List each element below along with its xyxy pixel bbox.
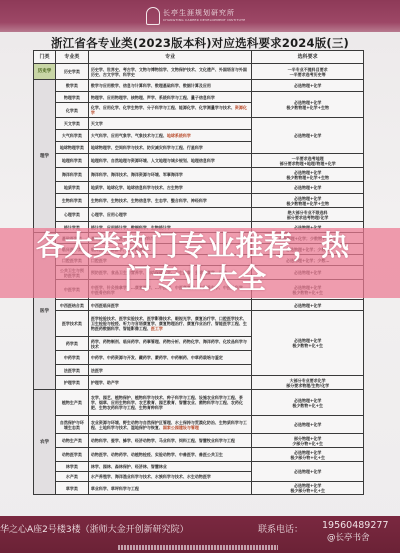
- institute-logo: 长亭生涯规划研究所 CHANGTING CAREER DEVELOPMENT I…: [146, 7, 245, 25]
- requirement-cell: 必选物理+化学 极少部分物+化+生: [252, 482, 364, 495]
- category-cell: 理学: [34, 80, 56, 233]
- header-category: 门类: [34, 51, 56, 64]
- top-banner: 长亭生涯规划研究所 CHANGTING CAREER DEVELOPMENT I…: [0, 0, 400, 32]
- category-cell: 农学: [34, 390, 56, 495]
- majors-cell: 护理学、助产学: [88, 376, 251, 390]
- highlighted-major: 医工学: [151, 326, 163, 331]
- majors-cell: 动物医学、动物药学、动植物检疫、实验动物学、中兽医学、兽医公共卫生: [88, 448, 251, 462]
- requirement-cell: 必选物理+化学: [252, 300, 364, 311]
- header-major: 专业: [88, 51, 251, 64]
- majors-cell: 天文学: [88, 118, 251, 130]
- majors-cell: 水产养殖学、海洋渔业科学与技术、水族科学与技术、水生动物医学: [88, 472, 251, 482]
- majors-cell: 林学、园林、森林保护、经济林、智慧林业: [88, 462, 251, 472]
- requirement-cell: 必选物理+化学: [252, 416, 364, 434]
- headline-line-1: 各大类热门专业推荐，热: [36, 229, 350, 262]
- headline-line-2: 门专业大全: [36, 262, 386, 295]
- class-cell: 医学技术类: [55, 311, 88, 337]
- majors-cell: 物理学、应用物理学、核物理、声学、系统科学与工程、量子信息科学: [88, 92, 251, 103]
- requirement-cell: 必选物理+化学: [252, 118, 364, 154]
- majors-cell: 草业科学、草坪科学与工程: [88, 482, 251, 495]
- requirement-cell: 必选物理+化学: [252, 462, 364, 482]
- article-headline: 各大类热门专业推荐，热 门专业大全: [36, 229, 386, 295]
- table-row: 心理学类 心理学、应用心理学 绝大部分专业不限选科 部分要求选考物理/化学: [34, 208, 364, 222]
- footer-phone: 19560489277: [322, 520, 389, 531]
- logo-name-cn: 长亭生涯规划研究所: [163, 10, 245, 17]
- footer-phone-label: 联系电话：: [258, 522, 303, 535]
- table-row: 草学类 草业科学、草坪科学与工程 必选物理+化学 极少部分物+化+生: [34, 482, 364, 495]
- class-cell: 地理科学类: [55, 154, 88, 168]
- header-requirement: 选科要求: [252, 51, 364, 64]
- majors-cell: 心理学、应用心理学: [88, 208, 251, 222]
- table-row: 生物科学类 生物科学、生物技术、生物信息学、生态学、整合科学、神经科学 必选物理…: [34, 194, 364, 208]
- logo-name-en: CHANGTING CAREER DEVELOPMENT INSTITUTE: [163, 19, 245, 22]
- table-row: 自然保护与环境生态类 农业资源与环境、野生动物与自然保护区管理、水土保持与荒漠化…: [34, 416, 364, 434]
- table-row: 天文学类 天文学 必选物理+化学: [34, 118, 364, 130]
- requirement-cell: 一半专业不提科目要求 一半要求选考历史等: [252, 64, 364, 80]
- table-row: 医学技术类 医学检验技术、医学实验技术、医学影像技术、眼视光学、康复治疗学、口腔…: [34, 311, 364, 337]
- requirement-cell: 必选物理+化学 极少数物理+化学+生物: [252, 194, 364, 208]
- class-cell: 水产类: [55, 472, 88, 482]
- highlighted-major: 资源化学: [91, 105, 247, 115]
- majors-cell: 农业资源与环境、野生动物与自然保护区管理、水土保持与荒漠化防治、生物质科学与工程…: [88, 416, 251, 434]
- majors-cell: 法医学: [88, 365, 251, 376]
- table-row: 护理学类 护理学、助产学 大部分专业要求化学 部分要求物理/生物/化学: [34, 376, 364, 390]
- table-row: 地质学类 地质学、地球化学、地球信息科学与技术、古生物学 必选物理+化学: [34, 182, 364, 194]
- highlighted-major: 地球系统科学: [167, 133, 191, 138]
- class-cell: 林学类: [55, 462, 88, 472]
- requirement-cell: 必选物理+化学 极少数物理+化学+生物: [252, 92, 364, 118]
- requirement-cell: 必选物理+化学 极少数物+化+生: [252, 390, 364, 416]
- requirement-cell: 绝大部分专业不限选科 部分要求选考物理/化学: [252, 208, 364, 222]
- majors-cell: 医学检验技术、医学实验技术、医学影像技术、眼视光学、康复治疗学、口腔医学技术、卫…: [88, 311, 251, 337]
- requirement-cell: 必选物理+化学 极少数物+化+生: [252, 311, 364, 376]
- class-cell: 数学类: [55, 80, 88, 92]
- majors-cell: 生物科学、生物技术、生物信息学、生态学、整合科学、神经科学: [88, 194, 251, 208]
- table-row: 林学类 林学、园林、森林保护、经济林、智慧林业 必选物理+化学: [34, 462, 364, 472]
- requirement-cell: 一半要求选考地理 部分要求物理+地理/物理+化学: [252, 154, 364, 168]
- class-cell: 物理学类: [55, 92, 88, 103]
- majors-cell: 药学、药物制剂、临床药学、药事管理、药物分析、药物化学、海洋药学、化妆品科学与技…: [88, 337, 251, 351]
- requirement-cell: 必选物理+化学: [252, 182, 364, 194]
- class-cell: 大气科学类: [55, 130, 88, 142]
- table-row: 地理科学类 地理科学、自然地理与资源环境、人文地理与城乡规划、地理信息科学 一半…: [34, 154, 364, 168]
- requirement-cell: 必选物理+化学 极少部分物+化+生: [252, 448, 364, 462]
- requirement-cell: 必选物理+化学 极少数物理+化学+生物: [252, 168, 364, 182]
- table-row: 海洋科学类 海洋科学、海洋技术、海洋资源与环境、军事海洋学 必选物理+化学 极少…: [34, 168, 364, 182]
- class-cell: 法医学类: [55, 365, 88, 376]
- majors-cell: 海洋科学、海洋技术、海洋资源与环境、军事海洋学: [88, 168, 251, 182]
- table-row: 农学 植物生产类 农学、园艺、植物保护、植物科学与技术、种子科学与工程、设施农业…: [34, 390, 364, 416]
- class-cell: 化学类: [55, 103, 88, 118]
- table-row: 中西医结合类 中西医临床医学 必选物理+化学: [34, 300, 364, 311]
- majors-cell: 农学、园艺、植物保护、植物科学与技术、种子科学与工程、设施农业科学与工程、茶学、…: [88, 390, 251, 416]
- pavilion-logo-icon: [146, 7, 160, 25]
- class-cell: 心理学类: [55, 208, 88, 222]
- class-cell: 自然保护与环境生态类: [55, 416, 88, 434]
- class-cell: 药学类: [55, 337, 88, 351]
- class-cell: 动物医学类: [55, 448, 88, 462]
- majors-cell: 历史学、世界史、考古学、文物与博物馆学、文物保护技术、文化遗产、外国语言与外国历…: [88, 64, 251, 80]
- class-cell: 海洋科学类: [55, 168, 88, 182]
- decorative-strip: [118, 545, 278, 550]
- class-cell: 中药学类: [55, 351, 88, 365]
- class-cell: 动物生产类: [55, 434, 88, 448]
- highlighted-major: 国家公园建设与管理: [163, 425, 199, 430]
- class-cell: 天文学类: [55, 118, 88, 130]
- requirement-cell: 部分物理+化学 少部分物+化+生: [252, 434, 364, 448]
- table-row: 物理学类 物理学、应用物理学、核物理、声学、系统科学与工程、量子信息科学 必选物…: [34, 92, 364, 103]
- requirement-cell: 大部分专业要求化学 部分要求物理/生物/化学: [252, 376, 364, 390]
- majors-cell: 动物科学、蚕学、蜂学、经济动物学、马业科学、饲料工程、智慧牧业科学与工程: [88, 434, 251, 448]
- table-header-row: 门类 专业类 专业 选科要求: [34, 51, 364, 64]
- class-cell: 草学类: [55, 482, 88, 495]
- majors-cell: 地理科学、自然地理与资源环境、人文地理与城乡规划、地理信息科学: [88, 154, 251, 168]
- class-cell: 植物生产类: [55, 390, 88, 416]
- table-row: 动物生产类 动物科学、蚕学、蜂学、经济动物学、马业科学、饲料工程、智慧牧业科学与…: [34, 434, 364, 448]
- majors-cell: 化学、应用化学、化学生物学、分子科学与工程、能源化学、化学测量学与技术、资源化学: [88, 103, 251, 118]
- majors-cell: 地质学、地球化学、地球信息科学与技术、古生物学: [88, 182, 251, 194]
- header-class: 专业类: [55, 51, 88, 64]
- table-row: 历史学 历史学类 历史学、世界史、考古学、文物与博物馆学、文物保护技术、文化遗产…: [34, 64, 364, 80]
- table-row: 动物医学类 动物医学、动物药学、动植物检疫、实验动物学、中兽医学、兽医公共卫生 …: [34, 448, 364, 462]
- class-cell: 护理学类: [55, 376, 88, 390]
- majors-cell: 数学与应用数学、信息与计算科学、数理基础科学、数据计算及应用: [88, 80, 251, 92]
- class-cell: 地质学类: [55, 182, 88, 194]
- document-title: 浙江省各专业类(2023版本科)对应选科要求2024版(三): [0, 35, 400, 51]
- requirement-cell: 必选物理+化学: [252, 80, 364, 92]
- majors-cell: 地球物理学、空间科学与技术、防灾减灾科学与工程、行星科学: [88, 142, 251, 154]
- source-watermark: @长亭书舍: [327, 531, 370, 543]
- footer-address: 华之心A座2号楼3楼（浙师大金开创新研究院）: [0, 522, 189, 535]
- class-cell: 地球物理学类: [55, 142, 88, 154]
- majors-cell: 大气科学、应用气象学、气象技术与工程、地球系统科学: [88, 130, 251, 142]
- class-cell: 中西医结合类: [55, 300, 88, 311]
- class-cell: 历史学类: [55, 64, 88, 80]
- document-photo: 长亭生涯规划研究所 CHANGTING CAREER DEVELOPMENT I…: [0, 0, 400, 553]
- table-row: 理学 数学类 数学与应用数学、信息与计算科学、数理基础科学、数据计算及应用 必选…: [34, 80, 364, 92]
- majors-cell: 中西医临床医学: [88, 300, 251, 311]
- category-cell: 历史学: [34, 64, 56, 80]
- majors-cell: 中药学、中药资源与开发、藏药学、蒙药学、中药制药、中草药栽培与鉴定: [88, 351, 251, 365]
- class-cell: 生物科学类: [55, 194, 88, 208]
